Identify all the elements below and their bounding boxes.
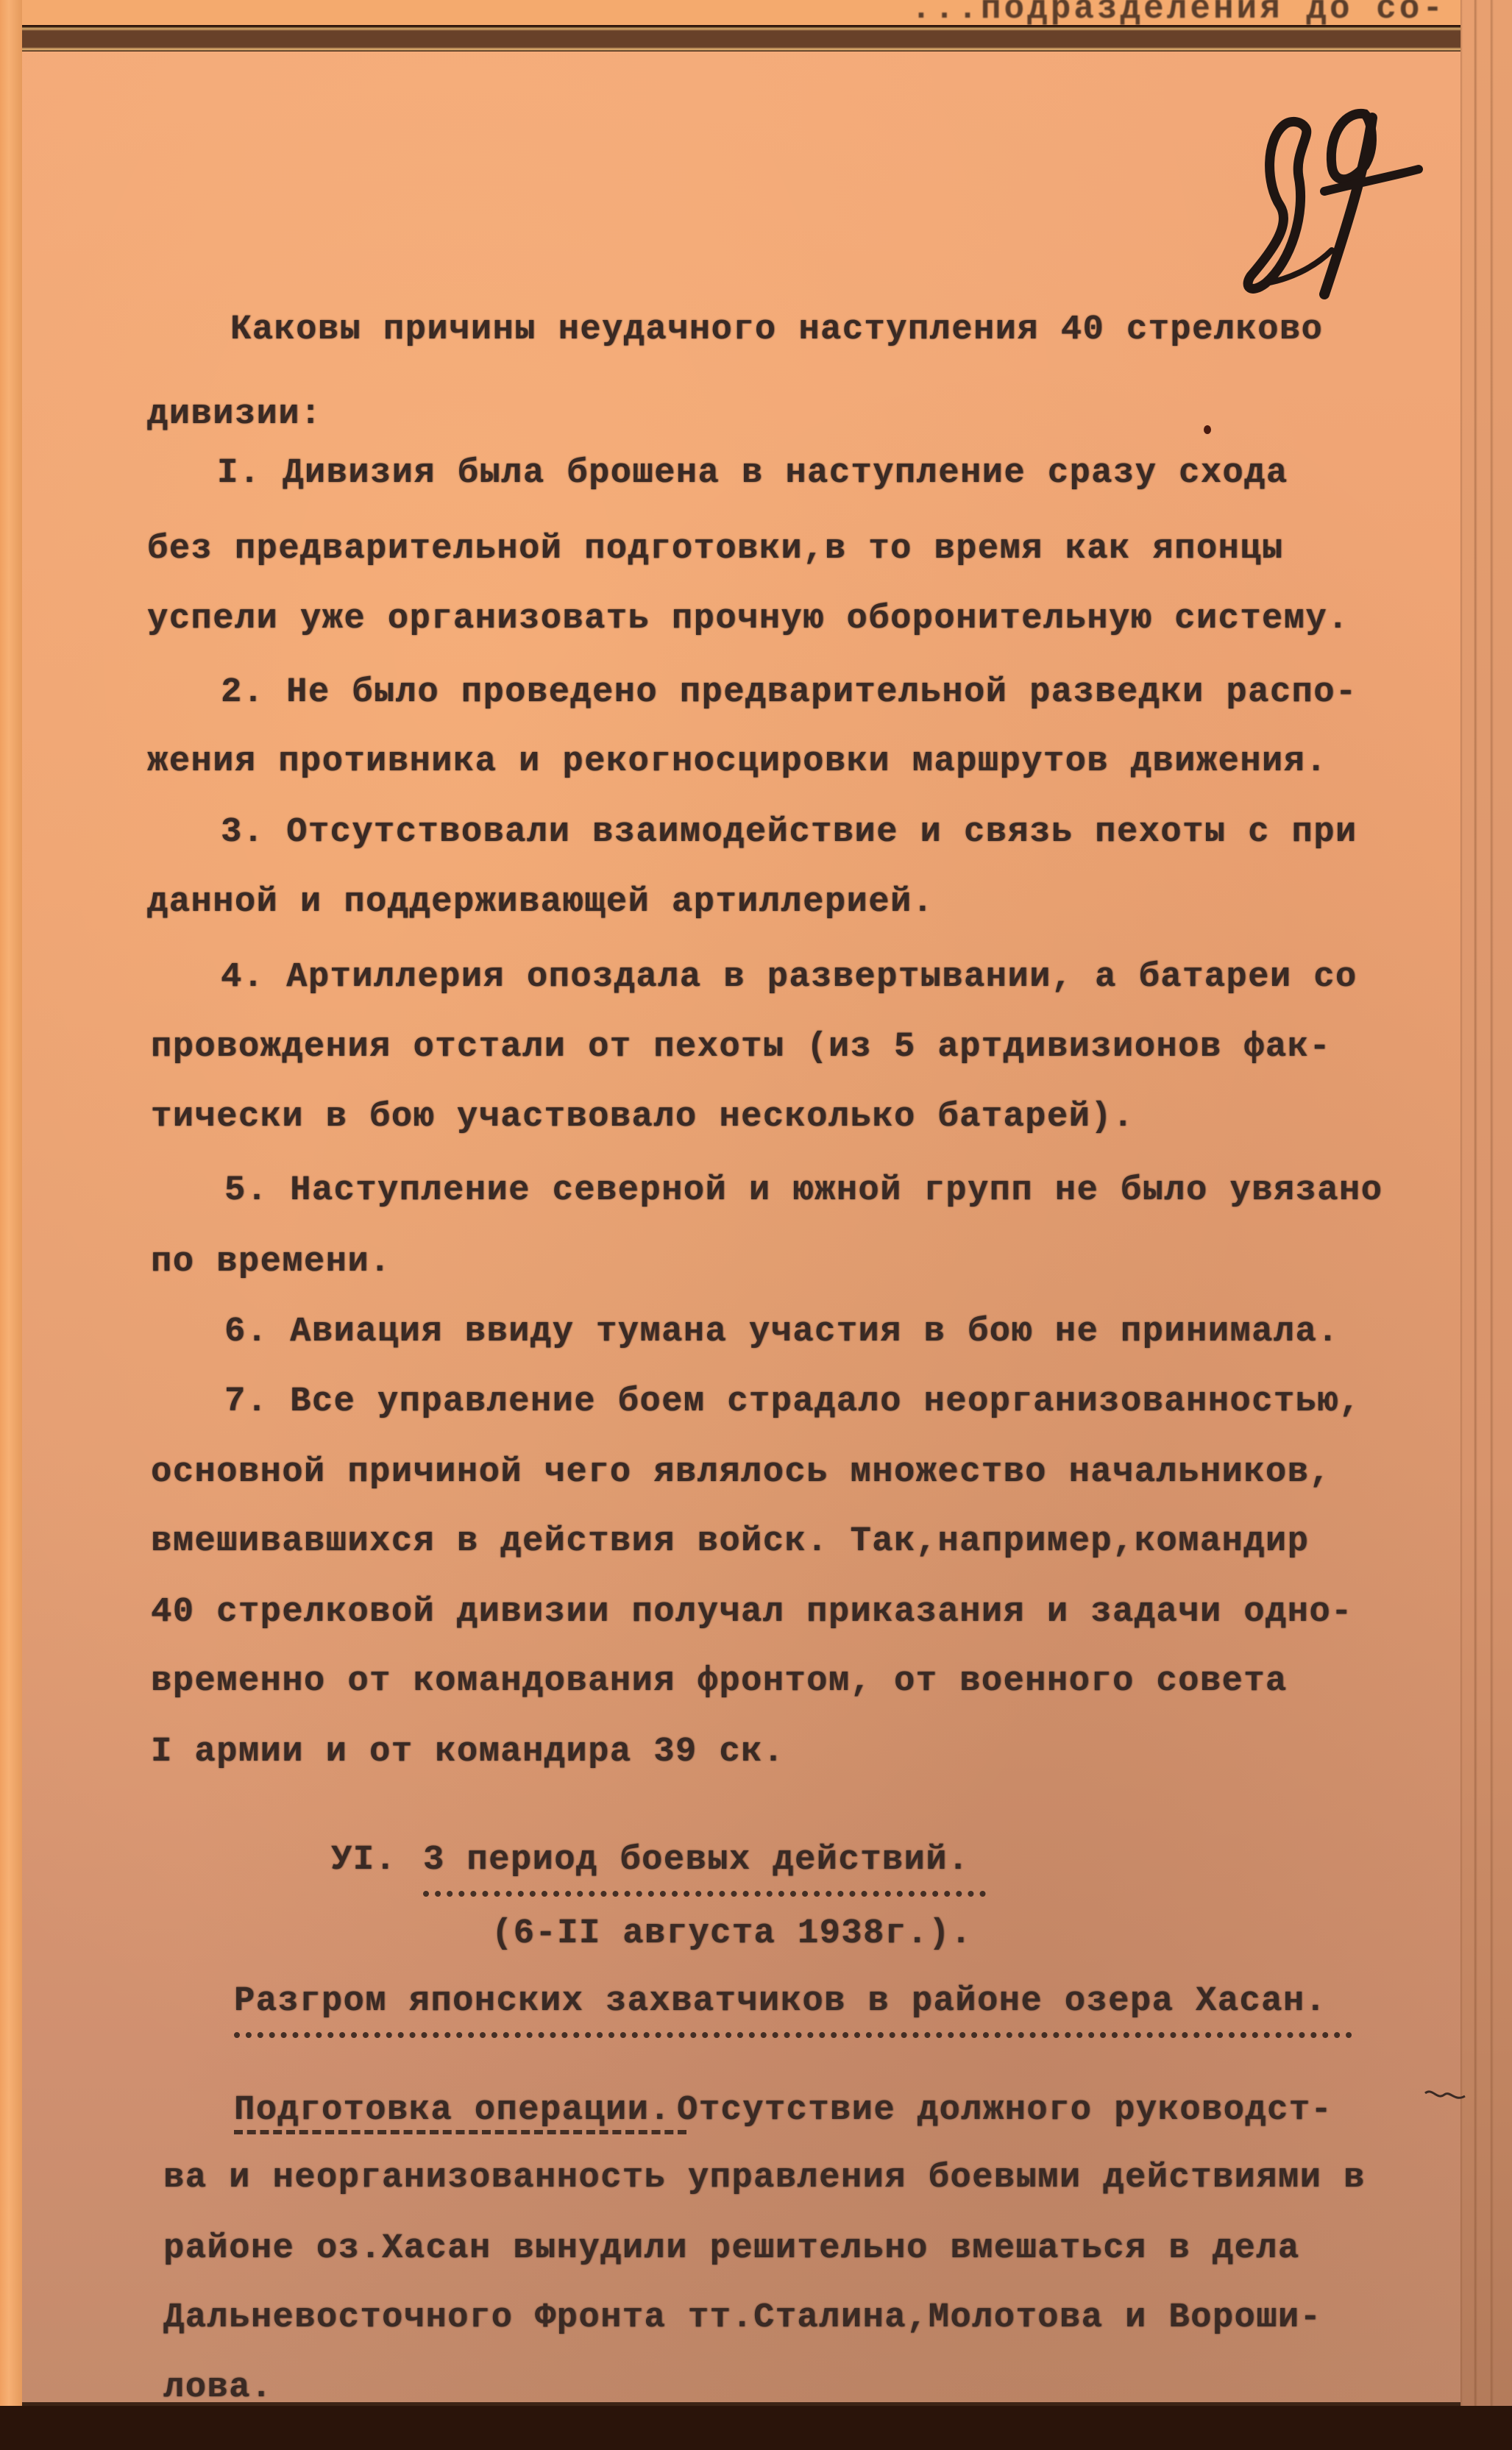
text-line: I. Дивизия была брошена в наступление ср… (217, 456, 1288, 491)
text-line: 6. Авиация ввиду тумана участия в бою не… (224, 1315, 1339, 1349)
text-line: тически в бою участвовало несколько бата… (151, 1100, 1135, 1135)
text-line: основной причиной чего являлось множеств… (151, 1455, 1331, 1490)
text-line: 2. Не было проведено предварительной раз… (221, 675, 1357, 710)
text-line: дивизии: (147, 397, 322, 432)
text-line: 4. Артиллерия опоздала в развертывании, … (221, 960, 1357, 995)
text-line: I армии и от командира 39 ск. (151, 1735, 784, 1769)
text-line: 40 стрелковой дивизии получал приказания… (151, 1595, 1353, 1630)
fold-highlight (22, 26, 1464, 31)
text-line: Дальневосточного Фронта тт.Сталина,Молот… (163, 2301, 1321, 2335)
fold-highlight (22, 47, 1464, 52)
scan-bottom-background (0, 2406, 1512, 2450)
text-line: данной и поддерживающей артиллерией. (147, 885, 934, 920)
text-line: вмешивавшихся в действия войск. Так,напр… (151, 1524, 1309, 1559)
previous-page-edge (0, 0, 22, 2450)
text-line: по времени. (151, 1245, 391, 1279)
text-line: 3. Отсутствовали взаимодействие и связь … (221, 815, 1357, 850)
section-number: УI. (331, 1843, 397, 1878)
document-scan: ...подразделения до со- 87 Каковы причин… (0, 0, 1512, 2450)
text-line: районе оз.Хасан вынудили решительно вмеш… (163, 2231, 1300, 2266)
text-line: ва и неорганизованность управления боевы… (163, 2161, 1366, 2195)
text-line: без предварительной подготовки,в то врем… (147, 532, 1284, 567)
text-line: жения противника и рекогносцировки маршр… (147, 745, 1327, 779)
paragraph-lead: Подготовка операции. (234, 2093, 671, 2128)
stacked-page-edges (1460, 0, 1512, 2450)
section-dates: (6-II августа 1938г.). (491, 1917, 973, 1951)
text-line: 5. Наступление северной и южной групп не… (224, 1173, 1383, 1208)
text-line: Отсутствие должного руководст- (677, 2093, 1332, 2128)
text-line: провождения отстали от пехоты (из 5 артд… (151, 1030, 1331, 1065)
section-title-underline (423, 1891, 986, 1897)
ink-squiggle-mark (1424, 2086, 1468, 2108)
ink-speck (1204, 425, 1211, 434)
text-line: 7. Все управление боем страдало неоргани… (224, 1385, 1361, 1419)
paragraph-lead-underline (234, 2130, 686, 2134)
text-line: лова. (163, 2371, 273, 2405)
text-line: временно от командования фронтом, от вое… (151, 1664, 1288, 1699)
previous-page-text: ...подразделения до со- (911, 0, 1446, 28)
previous-page-strip: ...подразделения до со- (0, 0, 1512, 25)
section-subtitle: Разгром японских захватчиков в районе оз… (234, 1984, 1327, 2019)
section-subtitle-underline (234, 2032, 1352, 2038)
section-title: 3 период боевых действий. (423, 1843, 970, 1878)
text-line: успели уже организовать прочную оборонит… (147, 602, 1349, 636)
folio-number-handwritten: 87 (1221, 96, 1427, 309)
text-line: Каковы причины неудачного наступления 40… (230, 313, 1323, 347)
